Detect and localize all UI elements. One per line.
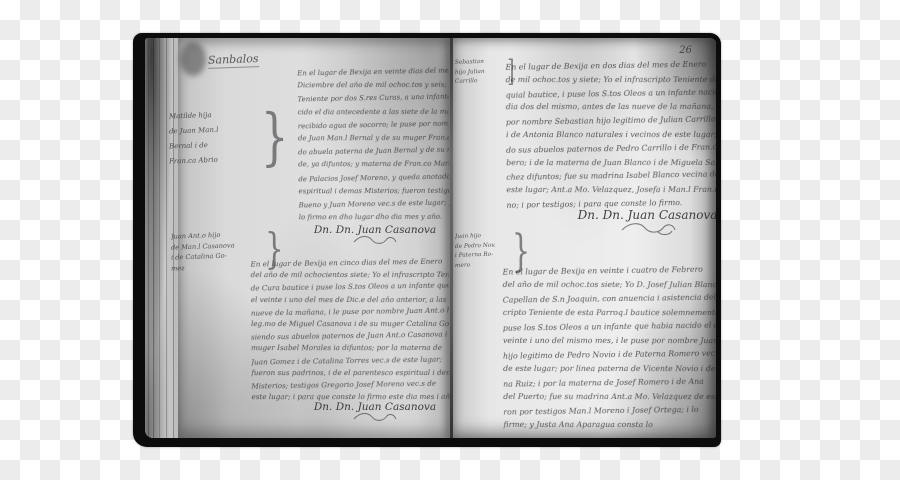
handwriting-line: do sus abuelos paternos de Pedro Carrill…	[506, 140, 716, 157]
photo-inner: Sanbalos Matilde hijade Juan Man.lBernal…	[145, 38, 716, 438]
handwriting-line: del año de mil ochoc.tos siete; Yo D. Jo…	[503, 278, 716, 292]
manuscript-photo: Sanbalos Matilde hijade Juan Man.lBernal…	[133, 33, 721, 447]
baptism-record-paragraph: En el lugar de Bexija en veinte dias del…	[297, 65, 450, 225]
signature-rubric-icon	[352, 411, 398, 423]
priest-signature: Dn. Dn. Juan Casanova	[565, 208, 716, 236]
margin-note-juan-antonio: Juan Ant.o hijode Man.l Casanovai de Cat…	[171, 230, 263, 272]
signature-rubric-icon	[352, 234, 398, 246]
handwriting-line: Fran.ca Abrio	[169, 151, 257, 168]
handwriting-line: de, ya difuntos; y materna de Fran.co Ma…	[298, 158, 449, 172]
handwriting-line: i de Antonia Blanco naturales i vecinos …	[506, 128, 716, 142]
handwriting-line: Carrillo	[455, 76, 507, 86]
priest-signature: Dn. Dn. Juan Casanova	[300, 401, 450, 423]
margin-note-sebastian: Sebastianhijo JulianCarrillo	[455, 58, 507, 87]
handwriting-line: firme; y Justa Ana Aparagua consta lo	[503, 418, 716, 432]
handwriting-line: lo firmo en dho lugar dho dia mes y año.	[299, 211, 450, 225]
cover-shadow-blob	[180, 42, 206, 76]
priest-signature: Dn. Dn. Juan Casanova	[305, 224, 445, 246]
handwriting-line: del Puerto; fue su madrina Ant.a Mo. Vel…	[503, 390, 716, 404]
handwriting-line: muger Isabel Morales ia difuntos; por la…	[251, 342, 449, 354]
handwriting-line: de Cura bautice i puse los S.tos Oleos a…	[251, 280, 449, 295]
baptism-record-paragraph: En el lugar de Bexija en cinco dias del …	[250, 256, 449, 404]
signature-rubric-icon	[618, 220, 678, 236]
margin-note-matilde: Matilde hijade Juan Man.lBernal i deFran…	[169, 108, 257, 168]
baptism-record-paragraph: En el lugar de Bexija en dos dias del me…	[505, 58, 716, 211]
handwriting-line: de este lugar; por linea paterna de Vice…	[503, 362, 716, 376]
handwriting-line: Teniente por dos S.res Curas, a una infa…	[297, 91, 448, 107]
entry-header: Sanbalos	[208, 52, 259, 69]
margin-brace-icon: }	[261, 100, 289, 173]
handwriting-line: veinte i uno del mismo mes, i le puse po…	[503, 334, 716, 348]
handwriting-line: de mil ochoc.tos y siete; Yo el infrascr…	[506, 73, 716, 87]
transparency-background: Sanbalos Matilde hijade Juan Man.lBernal…	[0, 0, 900, 480]
page-number: 26	[679, 45, 692, 56]
handwriting-line: cripto Teniente de esta Parroq.l bautice…	[503, 306, 716, 320]
baptism-record-paragraph: En el lugar de Bexija en veinte i cuatro…	[503, 263, 716, 432]
